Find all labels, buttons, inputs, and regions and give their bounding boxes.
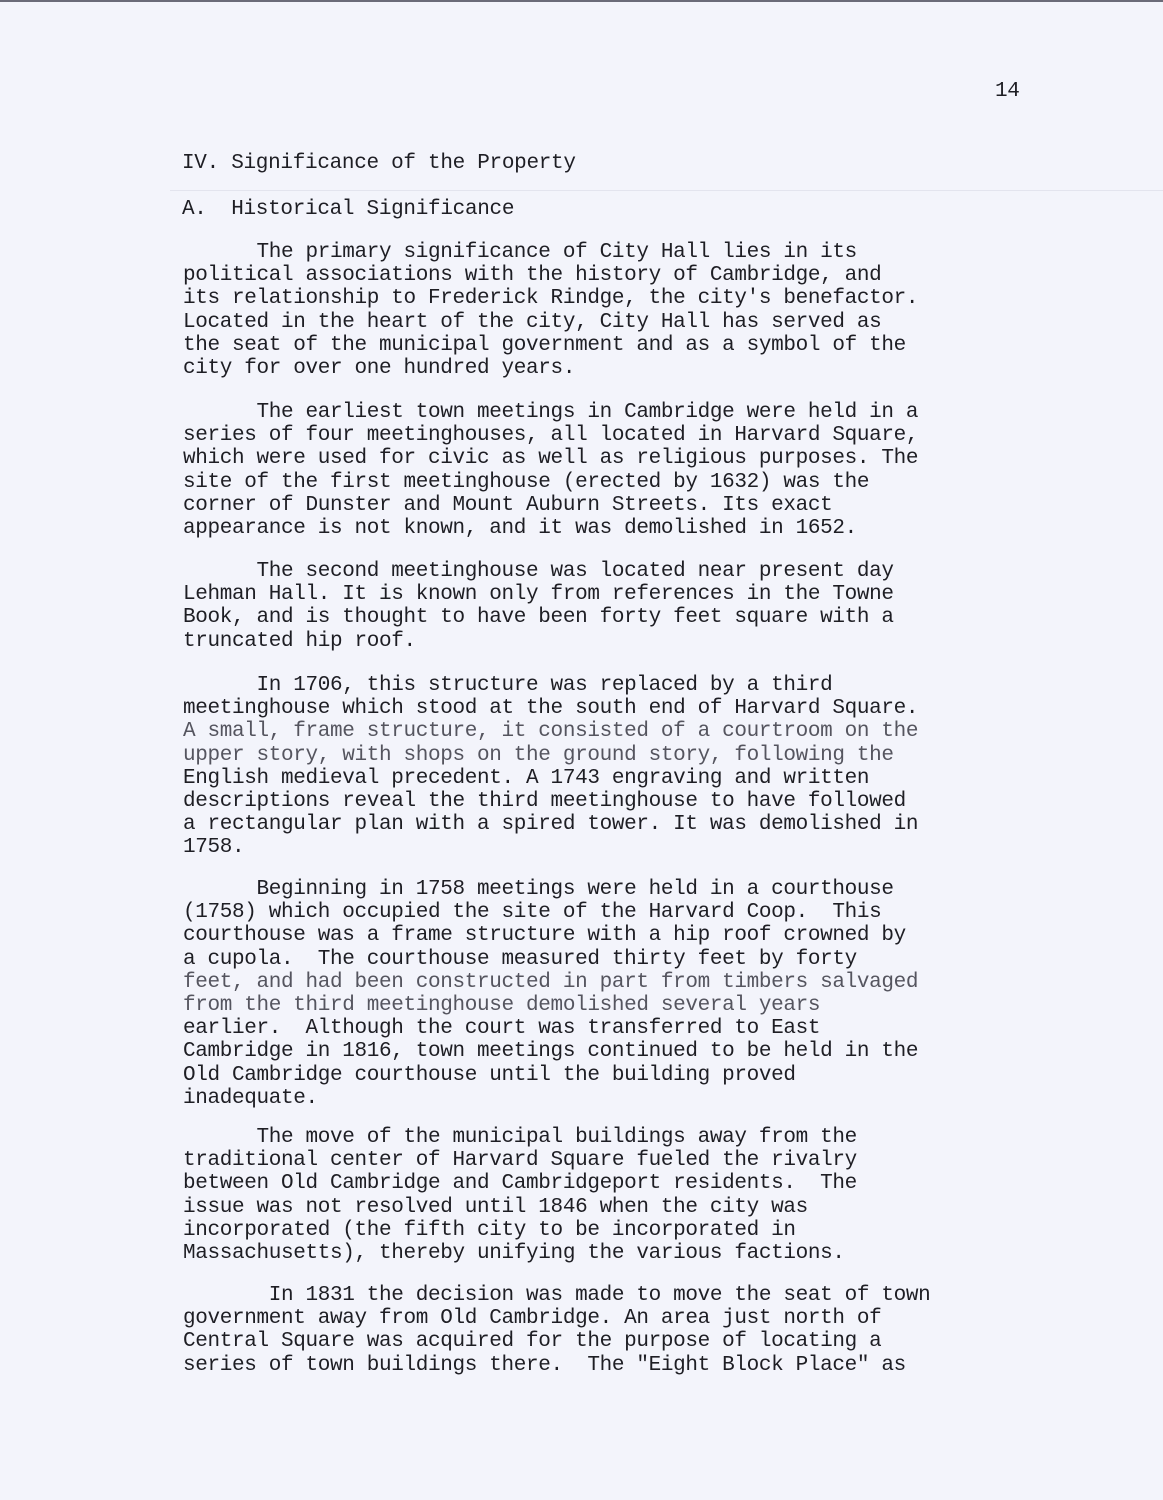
text-line: between Old Cambridge and Cambridgeport … bbox=[183, 1172, 857, 1195]
text-line: series of town buildings there. The "Eig… bbox=[183, 1354, 930, 1377]
text-line: earlier. Although the court was transfer… bbox=[183, 1017, 918, 1040]
paragraph-1831-decision: In 1831 the decision was made to move th… bbox=[183, 1284, 930, 1377]
text-line: The second meetinghouse was located near… bbox=[183, 560, 894, 583]
paragraph-courthouse: Beginning in 1758 meetings were held in … bbox=[183, 878, 918, 1110]
page-number: 14 bbox=[995, 80, 1019, 103]
text-line: Book, and is thought to have been forty … bbox=[183, 606, 894, 629]
text-line: upper story, with shops on the ground st… bbox=[183, 744, 918, 767]
text-line: the seat of the municipal government and… bbox=[183, 334, 918, 357]
text-line: series of four meetinghouses, all locate… bbox=[183, 424, 918, 447]
text-line: (1758) which occupied the site of the Ha… bbox=[183, 901, 918, 924]
section-heading: IV. Significance of the Property bbox=[182, 152, 576, 175]
text-line: The earliest town meetings in Cambridge … bbox=[183, 401, 918, 424]
text-line: The primary significance of City Hall li… bbox=[183, 241, 918, 264]
text-line: a cupola. The courthouse measured thirty… bbox=[183, 948, 918, 971]
text-line: English medieval precedent. A 1743 engra… bbox=[183, 767, 918, 790]
text-line: issue was not resolved until 1846 when t… bbox=[183, 1196, 857, 1219]
text-line: A small, frame structure, it consisted o… bbox=[183, 720, 918, 743]
text-line: traditional center of Harvard Square fue… bbox=[183, 1149, 857, 1172]
text-line: city for over one hundred years. bbox=[183, 357, 918, 380]
subsection-heading: A. Historical Significance bbox=[182, 198, 514, 221]
text-line: political associations with the history … bbox=[183, 264, 918, 287]
text-line: corner of Dunster and Mount Auburn Stree… bbox=[183, 494, 918, 517]
text-line: Old Cambridge courthouse until the build… bbox=[183, 1064, 918, 1087]
scan-top-edge bbox=[0, 0, 1163, 2]
text-line: inadequate. bbox=[183, 1087, 918, 1110]
text-line: appearance is not known, and it was demo… bbox=[183, 517, 918, 540]
text-line: courthouse was a frame structure with a … bbox=[183, 924, 918, 947]
text-line: Cambridge in 1816, town meetings continu… bbox=[183, 1040, 918, 1063]
text-line: Lehman Hall. It is known only from refer… bbox=[183, 583, 894, 606]
text-line: site of the first meetinghouse (erected … bbox=[183, 471, 918, 494]
text-line: In 1831 the decision was made to move th… bbox=[183, 1284, 930, 1307]
paragraph-city-hall-significance: The primary significance of City Hall li… bbox=[183, 241, 918, 380]
text-line: Beginning in 1758 meetings were held in … bbox=[183, 878, 918, 901]
paragraph-third-meetinghouse: In 1706, this structure was replaced by … bbox=[183, 674, 918, 860]
text-line: a rectangular plan with a spired tower. … bbox=[183, 813, 918, 836]
text-line: government away from Old Cambridge. An a… bbox=[183, 1307, 930, 1330]
paragraph-second-meetinghouse: The second meetinghouse was located near… bbox=[183, 560, 894, 653]
text-line: Central Square was acquired for the purp… bbox=[183, 1330, 930, 1353]
paragraph-municipal-move: The move of the municipal buildings away… bbox=[183, 1126, 857, 1265]
text-line: In 1706, this structure was replaced by … bbox=[183, 674, 918, 697]
text-line: The move of the municipal buildings away… bbox=[183, 1126, 857, 1149]
text-line: feet, and had been constructed in part f… bbox=[183, 971, 918, 994]
text-line: Massachusetts), thereby unifying the var… bbox=[183, 1242, 857, 1265]
paragraph-earliest-meetings: The earliest town meetings in Cambridge … bbox=[183, 401, 918, 540]
scan-artifact-rule bbox=[170, 190, 1163, 191]
text-line: from the third meetinghouse demolished s… bbox=[183, 994, 918, 1017]
text-line: its relationship to Frederick Rindge, th… bbox=[183, 287, 918, 310]
text-line: descriptions reveal the third meetinghou… bbox=[183, 790, 918, 813]
text-line: 1758. bbox=[183, 836, 918, 859]
text-line: incorporated (the fifth city to be incor… bbox=[183, 1219, 857, 1242]
text-line: which were used for civic as well as rel… bbox=[183, 447, 918, 470]
text-line: Located in the heart of the city, City H… bbox=[183, 311, 918, 334]
text-line: truncated hip roof. bbox=[183, 630, 894, 653]
text-line: meetinghouse which stood at the south en… bbox=[183, 697, 918, 720]
